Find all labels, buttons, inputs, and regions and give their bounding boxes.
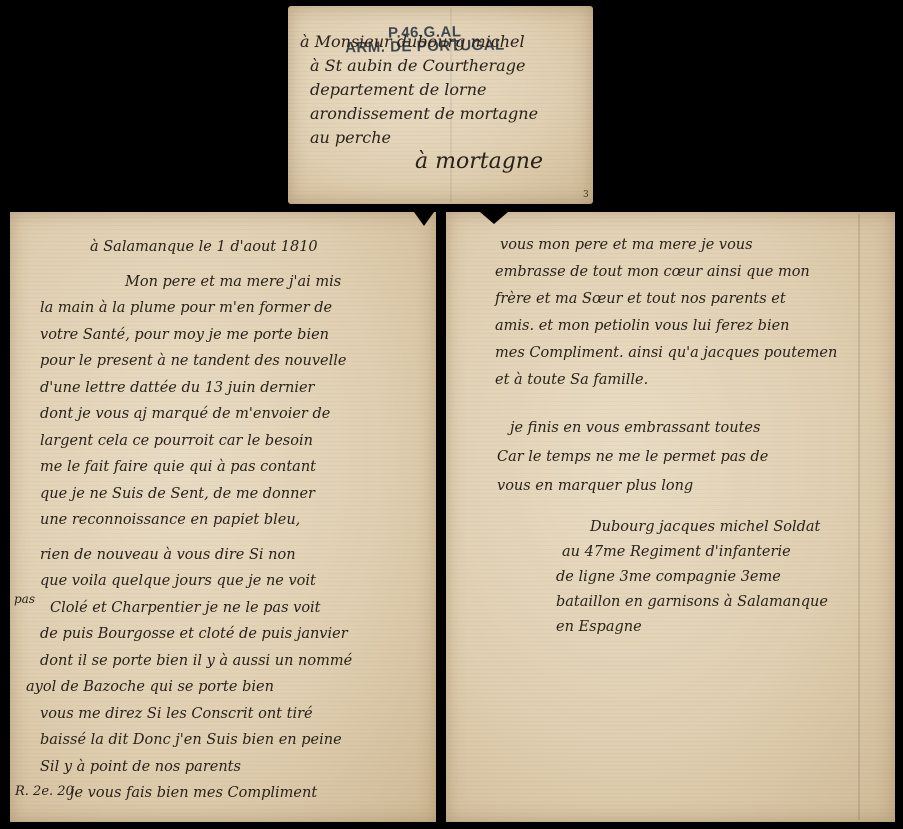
letter-left-text: à Salamanque le 1 d'aout 1810 Mon pere e… [40,234,352,807]
letter-line: vous me direz Si les Conscrit ont tiré [40,701,352,728]
letter-line: dont je vous aj marqué de m'envoier de [40,401,352,428]
address-line: departement de lorne [300,78,543,102]
letter-line: me le fait faire quie qui à pas contant [40,454,352,481]
signature-line: bataillon en garnisons à Salamanque [556,590,828,615]
letter-line: que voila quelque jours que je ne voit [40,568,352,595]
letter-line: de puis Bourgosse et cloté de puis janvi… [40,621,352,648]
letter-line: Sil y à point de nos parents [40,754,352,781]
page-tear [480,212,508,224]
archive-note: R. 2e. 20. [15,784,78,799]
address-line: arondissement de mortagne [300,102,543,126]
address-line: à St aubin de Courtherage [300,54,543,78]
letter-line: Clolé et Charpentier je ne le pas voit [40,595,352,622]
letter-line: vous en marquer plus long [497,472,768,501]
letter-line: ayol de Bazoche qui se porte bien [26,674,352,701]
letter-dateline: à Salamanque le 1 d'aout 1810 [40,234,352,261]
margin-word: pas [14,592,35,606]
letter-line: dont il se porte bien il y à aussi un no… [40,648,352,675]
corner-number: 3 [583,190,589,200]
address-line-city: à mortagne [300,150,543,174]
address-line: au perche [300,126,543,150]
letter-line: largent cela ce pourroit car le besoin [40,428,352,455]
letter-signature-block: Dubourg jacques michel Soldat au 47me Re… [562,515,828,640]
letter-line: Car le temps ne me le permet pas de [497,443,768,472]
letter-line: Mon pere et ma mere j'ai mis [40,269,352,296]
letter-line: d'une lettre dattée du 13 juin dernier [40,375,352,402]
letter-right-para-2: je finis en vous embrassant toutes Car l… [505,414,768,501]
address-line: à Monsieur dubourg michel [300,30,543,54]
signature-line: Dubourg jacques michel Soldat [562,515,828,540]
letter-line: je finis en vous embrassant toutes [505,414,768,443]
letter-line: la main à la plume pour m'en former de [40,295,352,322]
envelope-address: à Monsieur dubourg michel à St aubin de … [300,30,543,174]
letter-line: pour le present à ne tandent des nouvell… [40,348,352,375]
signature-line: au 47me Regiment d'infanterie [562,540,828,565]
letter-line: baissé la dit Donc j'en Suis bien en pei… [40,727,352,754]
letter-line: embrasse de tout mon cœur ainsi que mon [495,259,837,286]
page-fold [858,214,860,820]
letter-right-para-1: vous mon pere et ma mere je vous embrass… [495,232,837,394]
letter-line: vous mon pere et ma mere je vous [495,232,837,259]
signature-line: en Espagne [556,615,828,640]
letter-line: frère et ma Sœur et tout nos parents et [495,286,837,313]
page-tear [414,212,434,226]
letter-line: mes Compliment. ainsi qu'a jacques poute… [495,340,837,367]
letter-line: une reconnoissance en papiet bleu, [40,507,352,534]
letter-line: et à toute Sa famille. [495,367,837,394]
letter-line: amis. et mon petiolin vous lui ferez bie… [495,313,837,340]
letter-line: votre Santé, pour moy je me porte bien [40,322,352,349]
letter-line: rien de nouveau à vous dire Si non [40,542,352,569]
signature-line: de ligne 3me compagnie 3eme [556,565,828,590]
letter-line: que je ne Suis de Sent, de me donner [40,481,352,508]
letter-line: je vous fais bien mes Compliment [40,780,352,807]
